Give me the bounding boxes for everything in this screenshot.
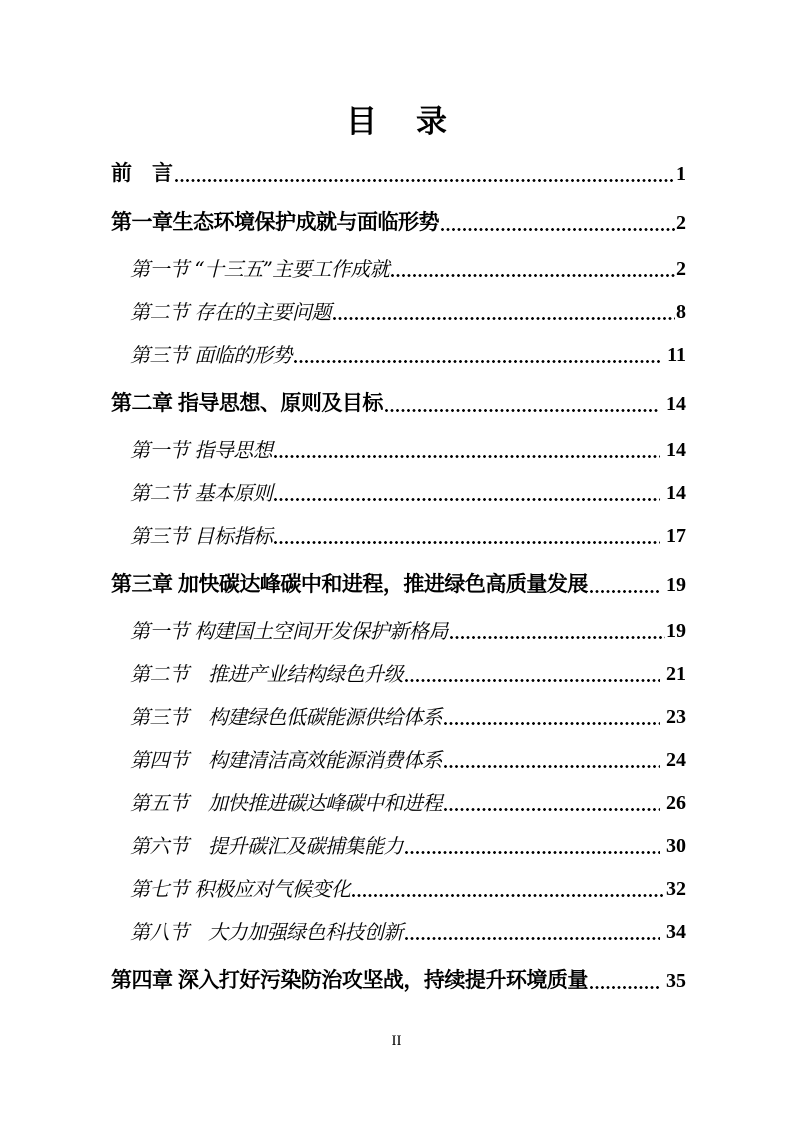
toc-entry-page-number: 19 — [661, 573, 686, 598]
toc-entry-page-number: 19 — [666, 619, 686, 644]
dot-leader — [444, 808, 660, 811]
toc-entry-page-number: 8 — [676, 300, 686, 325]
toc-entry-label: 第二节 存在的主要问题 — [130, 300, 331, 325]
toc-entry-label: 第三章 加快碳达峰碳中和进程，推进绿色高质量发展 — [111, 572, 588, 598]
toc-entry-page-number: 2 — [676, 257, 686, 282]
toc-entry-page-number: 14 — [661, 481, 686, 506]
dot-leader — [444, 722, 660, 725]
toc-entry-page-number: 24 — [661, 748, 686, 773]
dot-leader — [385, 409, 660, 412]
dot-leader — [405, 937, 660, 940]
toc-entry-label: 第一节 指导思想 — [130, 438, 272, 463]
dot-leader — [405, 679, 660, 682]
dot-leader — [405, 851, 660, 854]
toc-row-section: 第二节 基本原则 14 — [111, 476, 686, 506]
toc-row-section: 第一节 构建国土空间开发保护新格局19 — [111, 614, 686, 644]
toc-row-section: 第二节 推进产业结构绿色升级 21 — [111, 657, 686, 687]
toc-content: 目 录 前 言1第一章生态环境保护成就与面临形势2第一节 “十三五”主要工作成就… — [111, 0, 686, 994]
dot-leader — [590, 986, 660, 989]
toc-entry-page-number: 1 — [676, 162, 686, 187]
toc-entry-label: 第一节 “十三五”主要工作成就 — [130, 257, 389, 282]
toc-entry-page-number: 17 — [661, 524, 686, 549]
toc-entry-page-number: 11 — [662, 343, 686, 368]
toc-entry-page-number: 35 — [661, 969, 686, 994]
dot-leader — [444, 765, 660, 768]
toc-row-chapter: 第一章生态环境保护成就与面临形势2 — [111, 206, 686, 236]
footer-page-number: II — [0, 1033, 793, 1050]
toc-entry-label: 第三节 面临的形势 — [130, 343, 292, 368]
toc-entry-label: 第二节 基本原则 — [130, 481, 272, 506]
toc-row-section: 第八节 大力加强绿色科技创新 34 — [111, 915, 686, 945]
toc-entry-page-number: 34 — [661, 920, 686, 945]
toc-entry-page-number: 14 — [661, 392, 686, 417]
toc-list: 前 言1第一章生态环境保护成就与面临形势2第一节 “十三五”主要工作成就2第二节… — [111, 157, 686, 994]
toc-row-section: 第一节 “十三五”主要工作成就2 — [111, 252, 686, 282]
toc-entry-label: 第四章 深入打好污染防治攻坚战，持续提升环境质量 — [111, 968, 588, 994]
dot-leader — [590, 590, 660, 593]
toc-row-chapter: 第二章 指导思想、原则及目标 14 — [111, 387, 686, 417]
toc-entry-page-number: 21 — [661, 662, 686, 687]
toc-entry-label: 第六节 提升碳汇及碳捕集能力 — [130, 834, 403, 859]
toc-entry-page-number: 2 — [676, 211, 686, 236]
page-title: 目 录 — [111, 105, 686, 138]
toc-entry-page-number: 30 — [661, 834, 686, 859]
toc-entry-label: 第五节 加快推进碳达峰碳中和进程 — [130, 791, 442, 816]
dot-leader — [274, 498, 660, 501]
toc-row-section: 第五节 加快推进碳达峰碳中和进程 26 — [111, 786, 686, 816]
dot-leader — [175, 179, 676, 182]
dot-leader — [294, 360, 661, 363]
toc-entry-label: 第一章生态环境保护成就与面临形势 — [111, 210, 439, 236]
toc-row-chapter: 第三章 加快碳达峰碳中和进程，推进绿色高质量发展 19 — [111, 568, 686, 598]
toc-entry-label: 第二节 推进产业结构绿色升级 — [130, 662, 403, 687]
toc-entry-label: 第二章 指导思想、原则及目标 — [111, 391, 383, 417]
dot-leader — [441, 228, 675, 231]
toc-row-section: 第三节 面临的形势 11 — [111, 338, 686, 368]
dot-leader — [333, 317, 675, 320]
toc-row-section: 第三节 目标指标 17 — [111, 519, 686, 549]
document-page: 目 录 前 言1第一章生态环境保护成就与面临形势2第一节 “十三五”主要工作成就… — [0, 0, 793, 1122]
toc-row-chapter: 第四章 深入打好污染防治攻坚战，持续提升环境质量 35 — [111, 964, 686, 994]
toc-row-section: 第四节 构建清洁高效能源消费体系 24 — [111, 743, 686, 773]
dot-leader — [450, 636, 665, 639]
toc-row-section: 第三节 构建绿色低碳能源供给体系 23 — [111, 700, 686, 730]
toc-row-section: 第二节 存在的主要问题8 — [111, 295, 686, 325]
toc-entry-page-number: 32 — [666, 877, 686, 902]
toc-entry-label: 第三节 构建绿色低碳能源供给体系 — [130, 705, 442, 730]
dot-leader — [352, 894, 665, 897]
toc-row-section: 第一节 指导思想 14 — [111, 433, 686, 463]
toc-entry-page-number: 26 — [661, 791, 686, 816]
dot-leader — [274, 541, 660, 544]
dot-leader — [391, 274, 675, 277]
dot-leader — [274, 455, 660, 458]
toc-entry-page-number: 23 — [661, 705, 686, 730]
toc-entry-label: 第一节 构建国土空间开发保护新格局 — [130, 619, 448, 644]
toc-entry-page-number: 14 — [661, 438, 686, 463]
toc-entry-label: 第八节 大力加强绿色科技创新 — [130, 920, 403, 945]
toc-entry-label: 第三节 目标指标 — [130, 524, 272, 549]
toc-row-section: 第六节 提升碳汇及碳捕集能力 30 — [111, 829, 686, 859]
toc-row-chapter: 前 言1 — [111, 157, 686, 187]
toc-entry-label: 前 言 — [111, 161, 173, 187]
toc-entry-label: 第七节 积极应对气候变化 — [130, 877, 350, 902]
toc-entry-label: 第四节 构建清洁高效能源消费体系 — [130, 748, 442, 773]
toc-row-section: 第七节 积极应对气候变化32 — [111, 872, 686, 902]
